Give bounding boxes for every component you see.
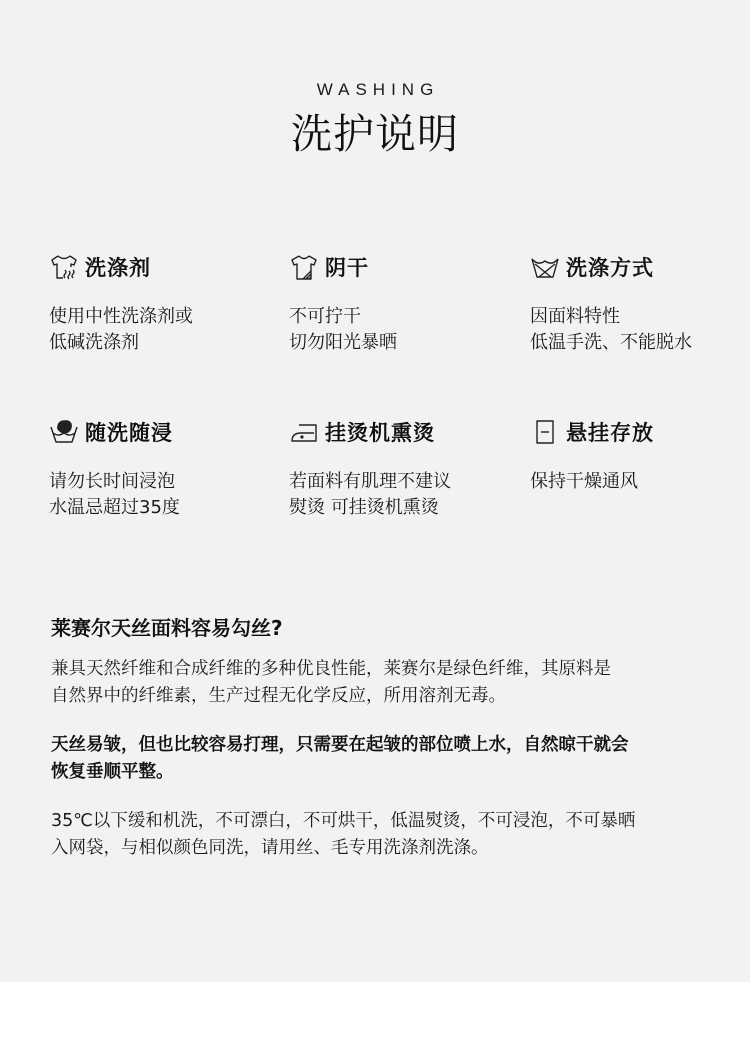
card-line: 保持干燥通风 — [530, 469, 750, 495]
care-card-shade-dry: 阴干 不可拧干 切勿阳光暴晒 — [289, 250, 519, 356]
care-card-steam-iron: 挂烫机熏烫 若面料有肌理不建议 熨烫 可挂烫机熏烫 — [289, 415, 519, 521]
paragraph-line: 35℃以下缓和机洗，不可漂白，不可烘干，低温熨烫，不可浸泡，不可暴晒 — [51, 808, 716, 835]
card-title: 悬挂存放 — [566, 417, 654, 447]
card-title: 随洗随浸 — [85, 417, 173, 447]
faq-paragraph-wrinkle: 天丝易皱，但也比较容易打理，只需要在起皱的部位喷上水，自然晾干就会 恢复垂顺平整… — [51, 732, 716, 786]
care-card-detergent: 洗涤剂 使用中性洗涤剂或 低碱洗涤剂 — [49, 250, 279, 356]
card-line: 不可拧干 — [289, 304, 519, 330]
card-description: 使用中性洗涤剂或 低碱洗涤剂 — [49, 304, 279, 356]
no-wash-tub-icon — [530, 252, 560, 282]
card-line: 使用中性洗涤剂或 — [49, 304, 279, 330]
paragraph-line: 兼具天然纤维和合成纤维的多种优良性能，莱赛尔是绿色纤维，其原料是 — [51, 656, 716, 683]
eyebrow-label: WASHING — [0, 80, 750, 100]
card-description: 因面料特性 低温手洗、不能脱水 — [530, 304, 750, 356]
page-title: 洗护说明 — [0, 106, 750, 162]
card-line: 若面料有肌理不建议 — [289, 469, 519, 495]
card-title: 洗涤剂 — [85, 252, 151, 282]
card-line: 请勿长时间浸泡 — [49, 469, 279, 495]
card-line: 低碱洗涤剂 — [49, 330, 279, 356]
card-line: 低温手洗、不能脱水 — [530, 330, 750, 356]
line-dry-icon — [530, 417, 560, 447]
steam-iron-icon — [289, 417, 319, 447]
card-title: 阴干 — [325, 252, 369, 282]
card-title: 挂烫机熏烫 — [325, 417, 435, 447]
paragraph-line: 自然界中的纤维素，生产过程无化学反应，所用溶剂无毒。 — [51, 683, 716, 710]
card-title: 洗涤方式 — [566, 252, 654, 282]
card-line: 水温忌超过35度 — [49, 495, 279, 521]
care-card-soak: 随洗随浸 请勿长时间浸泡 水温忌超过35度 — [49, 415, 279, 521]
card-line: 熨烫 可挂烫机熏烫 — [289, 495, 519, 521]
card-description: 保持干燥通风 — [530, 469, 750, 495]
faq-question: 莱赛尔天丝面料容易勾丝? — [51, 612, 716, 644]
card-description: 若面料有肌理不建议 熨烫 可挂烫机熏烫 — [289, 469, 519, 521]
shirt-steam-icon — [49, 252, 79, 282]
fabric-faq: 莱赛尔天丝面料容易勾丝? 兼具天然纤维和合成纤维的多种优良性能，莱赛尔是绿色纤维… — [51, 612, 716, 862]
card-description: 请勿长时间浸泡 水温忌超过35度 — [49, 469, 279, 521]
faq-paragraph-fiber: 兼具天然纤维和合成纤维的多种优良性能，莱赛尔是绿色纤维，其原料是 自然界中的纤维… — [51, 656, 716, 710]
care-card-hang-storage: 悬挂存放 保持干燥通风 — [530, 415, 750, 495]
paragraph-line: 天丝易皱，但也比较容易打理，只需要在起皱的部位喷上水，自然晾干就会 — [51, 732, 716, 759]
hand-wash-tub-icon — [49, 417, 79, 447]
faq-paragraph-care: 35℃以下缓和机洗，不可漂白，不可烘干，低温熨烫，不可浸泡，不可暴晒 入网袋，与… — [51, 808, 716, 862]
shirt-shade-dry-icon — [289, 252, 319, 282]
washing-instructions-page: WASHING 洗护说明 洗涤剂 使用中性洗涤 — [0, 0, 750, 982]
section-header: WASHING 洗护说明 — [0, 80, 750, 162]
card-line: 切勿阳光暴晒 — [289, 330, 519, 356]
paragraph-line: 入网袋，与相似颜色同洗，请用丝、毛专用洗涤剂洗涤。 — [51, 835, 716, 862]
paragraph-line: 恢复垂顺平整。 — [51, 759, 716, 786]
card-line: 因面料特性 — [530, 304, 750, 330]
card-description: 不可拧干 切勿阳光暴晒 — [289, 304, 519, 356]
care-card-wash-method: 洗涤方式 因面料特性 低温手洗、不能脱水 — [530, 250, 750, 356]
